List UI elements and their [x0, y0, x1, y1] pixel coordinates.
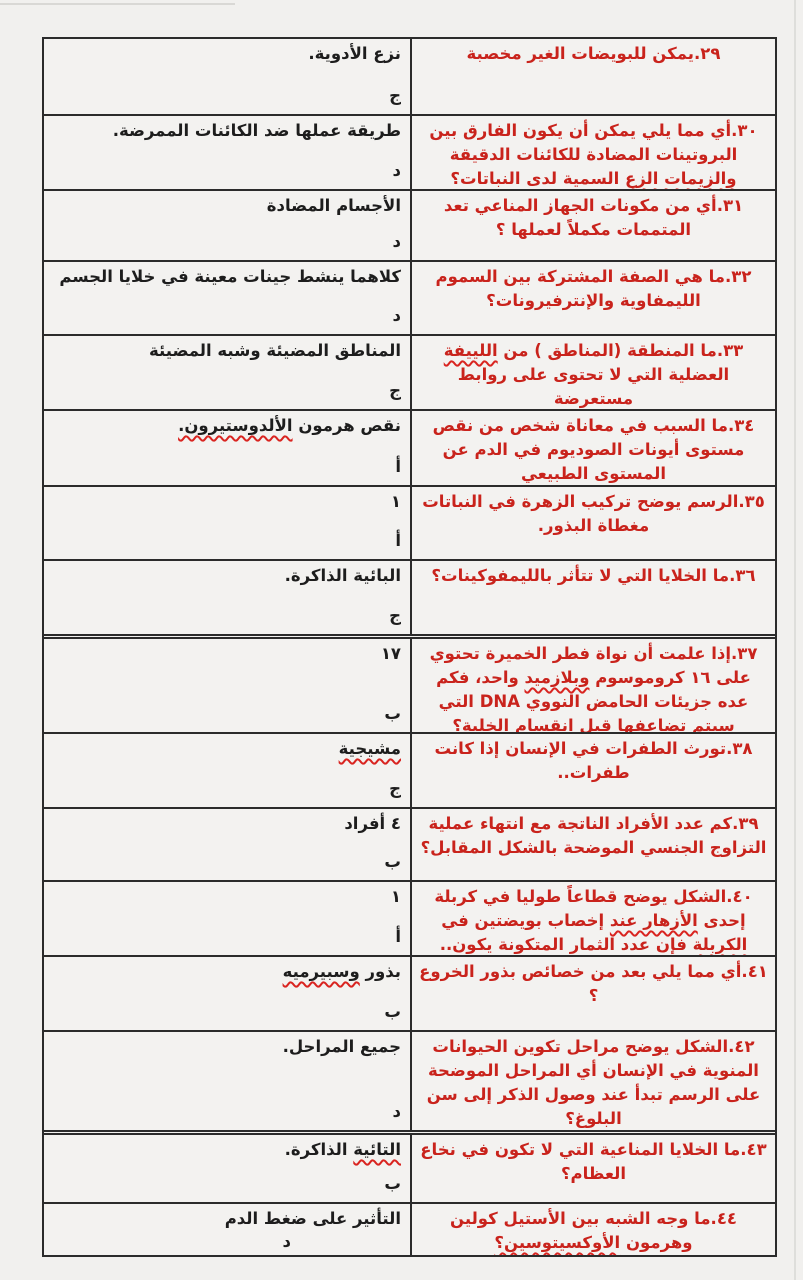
answer-choice-letter: د	[50, 231, 401, 253]
question-number: ٤١.	[741, 962, 767, 981]
question-misspelled-word: والزيمات الزع	[625, 169, 737, 188]
answer-text: كلاهما ينشط جينات معينة في خلايا الجسم	[50, 265, 401, 289]
question-text: ٤١.أي مما يلي بعد من خصائص بذور الخروع ؟	[419, 960, 768, 1008]
answer-choice-letter: د	[50, 160, 401, 182]
question-text: ٣٦.ما الخلايا التي لا تتأثر بالليمفوكينا…	[419, 564, 768, 588]
qa-row: بذور وسبيرميه ب ٤١.أي مما يلي بعد من خصا…	[44, 955, 775, 1030]
answer-segment: التأثير على ضغط الدم	[225, 1209, 401, 1228]
question-cell: ٣٢.ما هي الصفة المشتركة بين السموم الليم…	[410, 262, 775, 334]
question-segment: يمكن للبويضات الغير مخصبة	[467, 44, 694, 63]
question-misspelled-word: اللييفة	[444, 341, 498, 360]
question-number: ٢٩.	[694, 44, 720, 63]
answer-choice-letter: د	[50, 1101, 401, 1123]
question-cell: ٣٧.إذا علمت أن نواة فطر الخميرة تحتوي عل…	[410, 639, 775, 732]
scan-artifact-right-line	[794, 0, 796, 1280]
answer-text: ١	[50, 885, 401, 909]
qa-row: الأجسام المضادة د ٣١.أي من مكونات الجهاز…	[44, 189, 775, 260]
question-cell: ٣٤.ما السبب في معاناة شخص من نقص مستوى أ…	[410, 411, 775, 485]
answer-choice-letter: ب	[50, 703, 401, 725]
answer-text: التائية الذاكرة.	[50, 1138, 401, 1162]
question-text: ٤٢.الشكل يوضح مراحل تكوين الحيوانات المن…	[419, 1035, 768, 1130]
answer-cell: التأثير على ضغط الدم د	[44, 1204, 410, 1255]
answer-cell: ١٧ ب	[44, 639, 410, 732]
question-text: ٤٣.ما الخلايا المناعية التي لا تكون في ن…	[419, 1138, 768, 1186]
question-cell: ٤١.أي مما يلي بعد من خصائص بذور الخروع ؟	[410, 957, 775, 1030]
answer-choice-letter: ب	[50, 1173, 401, 1195]
question-number: ٤٠.	[726, 887, 752, 906]
answer-choice-letter: د	[50, 1231, 401, 1253]
question-number: ٣٤.	[728, 416, 754, 435]
question-text: ٣٨.تورث الطفرات في الإنسان إذا كانت طفرا…	[419, 737, 768, 785]
answer-text: البائية الذاكرة.	[50, 564, 401, 588]
answer-choice-letter: ج	[50, 605, 401, 627]
question-number: ٤٣.	[740, 1140, 766, 1159]
question-number: ٣٦.	[729, 566, 755, 585]
answer-misspelled-word: مشيجية	[339, 739, 401, 758]
question-number: ٣٧.	[731, 644, 757, 663]
answer-text: جميع المراحل.	[50, 1035, 401, 1059]
answer-text: التأثير على ضغط الدم	[50, 1207, 401, 1231]
answer-cell: التائية الذاكرة. ب	[44, 1135, 410, 1202]
answer-cell: نزع الأدوية. ج	[44, 39, 410, 114]
answer-segment: الذاكرة.	[285, 1140, 354, 1159]
answer-cell: نقص هرمون الألدوستيرون. أ	[44, 411, 410, 485]
answer-choice-letter: ب	[50, 1001, 401, 1023]
question-number: ٣٠.	[731, 121, 757, 140]
question-text: ٣٢.ما هي الصفة المشتركة بين السموم الليم…	[419, 265, 768, 313]
question-cell: ٣٠.أي مما يلي يمكن أن يكون الفارق بين ال…	[410, 116, 775, 189]
question-text: ٤٠.الشكل يوضح قطاعاً طوليا في كربلة إحدى…	[419, 885, 768, 955]
question-segment: أي مما يلي يمكن أن يكون الفارق بين البرو…	[429, 121, 737, 164]
qa-row: جميع المراحل. د ٤٢.الشكل يوضح مراحل تكوي…	[44, 1030, 775, 1130]
answer-segment: كلاهما ينشط جينات معينة في خلايا الجسم	[59, 267, 401, 286]
question-misspelled-word: وبلازميد	[525, 668, 590, 687]
question-segment: السمية لدى النباتات؟	[450, 169, 625, 188]
qa-row: مشيجية ج ٣٨.تورث الطفرات في الإنسان إذا …	[44, 732, 775, 807]
qa-row: المناطق المضيئة وشبه المضيئة ج ٣٣.ما الم…	[44, 334, 775, 409]
question-segment: الرسم يوضح تركيب الزهرة في النباتات مغطا…	[422, 492, 738, 535]
qa-row: ١ أ ٣٥.الرسم يوضح تركيب الزهرة في النبات…	[44, 485, 775, 559]
qa-row: طريقة عملها ضد الكائنات الممرضة. د ٣٠.أي…	[44, 114, 775, 189]
question-text: ٣٥.الرسم يوضح تركيب الزهرة في النباتات م…	[419, 490, 768, 538]
answer-text: مشيجية	[50, 737, 401, 761]
question-segment: ما الخلايا التي لا تتأثر بالليمفوكينات؟	[431, 566, 729, 585]
answer-cell: بذور وسبيرميه ب	[44, 957, 410, 1030]
question-segment: تورث الطفرات في الإنسان إذا كانت طفرات..	[434, 739, 726, 782]
question-text: ٣٣.ما المنطقة (المناطق ) من اللييفة العض…	[419, 339, 768, 409]
answer-text: الأجسام المضادة	[50, 194, 401, 218]
answer-text: طريقة عملها ضد الكائنات الممرضة.	[50, 119, 401, 143]
answer-cell: كلاهما ينشط جينات معينة في خلايا الجسم د	[44, 262, 410, 334]
question-segment: أي مما يلي بعد من خصائص بذور الخروع ؟	[419, 962, 741, 1005]
answer-segment: جميع المراحل.	[283, 1037, 401, 1056]
question-misspelled-word: الكربلة	[693, 935, 748, 954]
answer-cell: الأجسام المضادة د	[44, 191, 410, 260]
answer-choice-letter: ج	[50, 778, 401, 800]
question-number: ٣٣.	[717, 341, 743, 360]
answer-text: المناطق المضيئة وشبه المضيئة	[50, 339, 401, 363]
scanned-worksheet-page: نزع الأدوية. ج ٢٩.يمكن للبويضات الغير مخ…	[0, 0, 803, 1280]
answer-text: ٤ أفراد	[50, 812, 401, 836]
scan-artifact-top-line	[0, 3, 235, 5]
question-text: ٣٩.كم عدد الأفراد الناتجة مع انتهاء عملي…	[419, 812, 768, 860]
question-text: ٣٧.إذا علمت أن نواة فطر الخميرة تحتوي عل…	[419, 642, 768, 732]
answer-cell: جميع المراحل. د	[44, 1032, 410, 1130]
qa-row: التائية الذاكرة. ب ٤٣.ما الخلايا المناعي…	[44, 1130, 775, 1202]
qa-row: نقص هرمون الألدوستيرون. أ ٣٤.ما السبب في…	[44, 409, 775, 485]
question-number: ٤٤.	[711, 1209, 737, 1228]
question-text: ٢٩.يمكن للبويضات الغير مخصبة	[419, 42, 768, 66]
question-cell: ٤٤.ما وجه الشبه بين الأستيل كولين وهرمون…	[410, 1204, 775, 1255]
answer-choice-letter: د	[50, 305, 401, 327]
answer-segment: نزع الأدوية.	[308, 44, 401, 63]
answer-text: ١٧	[50, 642, 401, 666]
question-segment: إخصاب بويضتين في	[441, 911, 610, 930]
question-segment: فإن عدد الثمار المتكونة يكون..	[440, 935, 693, 954]
question-cell: ٢٩.يمكن للبويضات الغير مخصبة	[410, 39, 775, 114]
question-number: ٤٢.	[728, 1037, 754, 1056]
answer-segment: ١٧	[381, 644, 401, 663]
question-segment: أي من مكونات الجهاز المناعي تعد المتممات…	[444, 196, 717, 239]
qa-row: نزع الأدوية. ج ٢٩.يمكن للبويضات الغير مخ…	[44, 39, 775, 114]
question-segment: ما المنطقة (المناطق ) من	[498, 341, 717, 360]
answer-segment: ١	[391, 887, 401, 906]
answer-cell: طريقة عملها ضد الكائنات الممرضة. د	[44, 116, 410, 189]
answer-cell: مشيجية ج	[44, 734, 410, 807]
answer-text: نزع الأدوية.	[50, 42, 401, 66]
answer-cell: ١ أ	[44, 487, 410, 559]
question-segment: العضلية التي لا تحتوى على روابط مستعرضة	[458, 365, 729, 408]
question-misspelled-word: الأوكسيتوسين؟	[494, 1233, 620, 1252]
question-segment: ما هي الصفة المشتركة بين السموم الليمفاو…	[436, 267, 725, 310]
answer-cell: المناطق المضيئة وشبه المضيئة ج	[44, 336, 410, 409]
question-text: ٣١.أي من مكونات الجهاز المناعي تعد المتم…	[419, 194, 768, 242]
answer-choice-letter: ب	[50, 851, 401, 873]
qa-row: التأثير على ضغط الدم د ٤٤.ما وجه الشبه ب…	[44, 1202, 775, 1255]
answer-segment: نقص هرمون	[293, 416, 401, 435]
question-number: ٣٩.	[732, 814, 758, 833]
question-cell: ٣٦.ما الخلايا التي لا تتأثر بالليمفوكينا…	[410, 561, 775, 634]
question-segment: ما السبب في معاناة شخص من نقص مستوى أيون…	[433, 416, 745, 483]
qa-row: ١ أ ٤٠.الشكل يوضح قطاعاً طوليا في كربلة …	[44, 880, 775, 955]
answer-segment: طريقة عملها ضد الكائنات الممرضة.	[113, 121, 401, 140]
qa-row: ١٧ ب ٣٧.إذا علمت أن نواة فطر الخميرة تحت…	[44, 634, 775, 732]
question-number: ٣٢.	[725, 267, 751, 286]
qa-row: ٤ أفراد ب ٣٩.كم عدد الأفراد الناتجة مع ا…	[44, 807, 775, 880]
answer-segment: ٤ أفراد	[344, 814, 401, 833]
question-text: ٣٠.أي مما يلي يمكن أن يكون الفارق بين ال…	[419, 119, 768, 189]
answer-misspelled-word: وسبيرميه	[283, 962, 360, 981]
answer-segment: بذور	[360, 962, 401, 981]
question-segment: كم عدد الأفراد الناتجة مع انتهاء عملية ا…	[421, 814, 767, 857]
answer-choice-letter: أ	[50, 530, 401, 552]
question-cell: ٤٣.ما الخلايا المناعية التي لا تكون في ن…	[410, 1135, 775, 1202]
question-cell: ٤٢.الشكل يوضح مراحل تكوين الحيوانات المن…	[410, 1032, 775, 1130]
answer-cell: ١ أ	[44, 882, 410, 955]
question-cell: ٣٥.الرسم يوضح تركيب الزهرة في النباتات م…	[410, 487, 775, 559]
question-segment: ما الخلايا المناعية التي لا تكون في نخاع…	[420, 1140, 740, 1183]
answer-text: ١	[50, 490, 401, 514]
answer-text: بذور وسبيرميه	[50, 960, 401, 984]
answer-cell: البائية الذاكرة. ج	[44, 561, 410, 634]
question-cell: ٣٣.ما المنطقة (المناطق ) من اللييفة العض…	[410, 336, 775, 409]
answer-cell: ٤ أفراد ب	[44, 809, 410, 880]
question-cell: ٣٩.كم عدد الأفراد الناتجة مع انتهاء عملي…	[410, 809, 775, 880]
answer-choice-letter: ج	[50, 380, 401, 402]
question-segment: الشكل يوضح مراحل تكوين الحيوانات المنوية…	[427, 1037, 761, 1128]
answer-segment: ١	[391, 492, 401, 511]
answer-choice-letter: أ	[50, 456, 401, 478]
qa-row: البائية الذاكرة. ج ٣٦.ما الخلايا التي لا…	[44, 559, 775, 634]
question-text: ٤٤.ما وجه الشبه بين الأستيل كولين وهرمون…	[419, 1207, 768, 1255]
answer-misspelled-word: التائية	[353, 1140, 401, 1159]
question-cell: ٣٨.تورث الطفرات في الإنسان إذا كانت طفرا…	[410, 734, 775, 807]
answer-segment: البائية الذاكرة.	[285, 566, 401, 585]
answer-segment: الأجسام المضادة	[267, 196, 401, 215]
question-number: ٣٨.	[726, 739, 752, 758]
question-cell: ٣١.أي من مكونات الجهاز المناعي تعد المتم…	[410, 191, 775, 260]
question-answer-table: نزع الأدوية. ج ٢٩.يمكن للبويضات الغير مخ…	[42, 37, 777, 1257]
answer-segment: المناطق المضيئة وشبه المضيئة	[149, 341, 401, 360]
question-number: ٣٥.	[738, 492, 764, 511]
question-number: ٣١.	[717, 196, 743, 215]
question-misspelled-word: الأزهار عند	[610, 911, 698, 930]
answer-choice-letter: ج	[50, 85, 401, 107]
answer-choice-letter: أ	[50, 926, 401, 948]
qa-row: كلاهما ينشط جينات معينة في خلايا الجسم د…	[44, 260, 775, 334]
question-text: ٣٤.ما السبب في معاناة شخص من نقص مستوى أ…	[419, 414, 768, 485]
question-cell: ٤٠.الشكل يوضح قطاعاً طوليا في كربلة إحدى…	[410, 882, 775, 955]
answer-misspelled-word: الألدوستيرون.	[178, 416, 293, 435]
answer-text: نقص هرمون الألدوستيرون.	[50, 414, 401, 438]
